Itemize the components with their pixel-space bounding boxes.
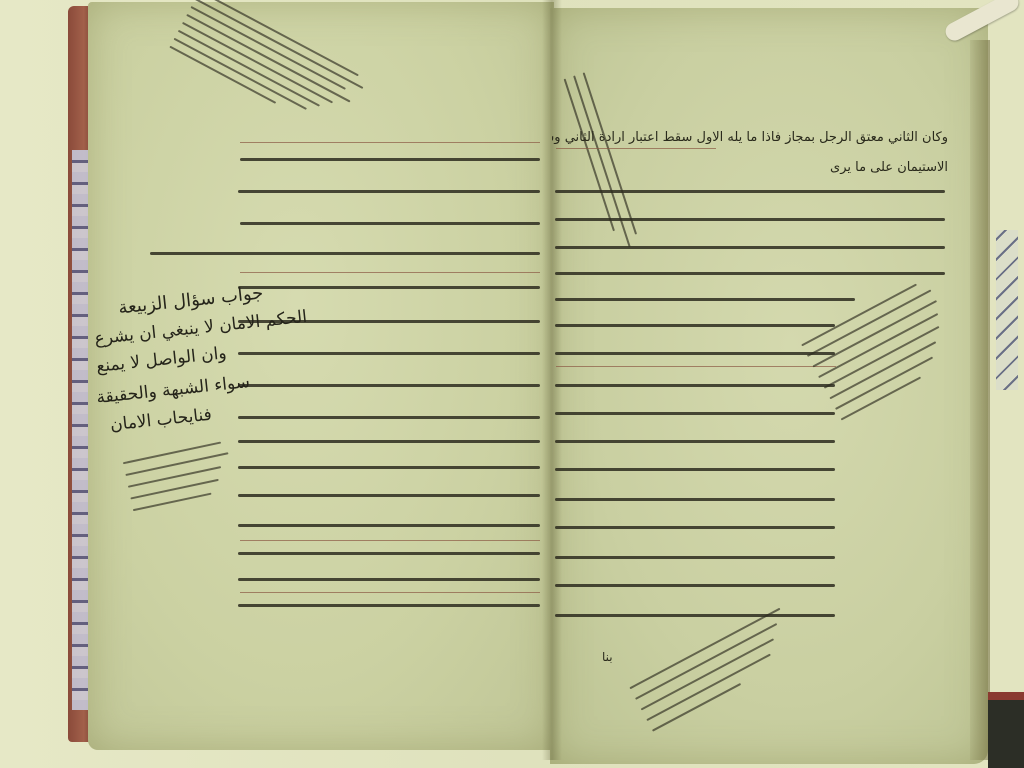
right-line-1: وكان الثاني معتق الرجل بمجاز فاذا ما يله… xyxy=(552,130,948,144)
folio-mark: بنا xyxy=(602,650,613,664)
dark-corner xyxy=(988,700,1024,768)
right-line-2: الاستيمان على ما يرى xyxy=(552,160,948,174)
red-band xyxy=(988,692,1024,700)
binding-pattern-right xyxy=(996,230,1018,390)
